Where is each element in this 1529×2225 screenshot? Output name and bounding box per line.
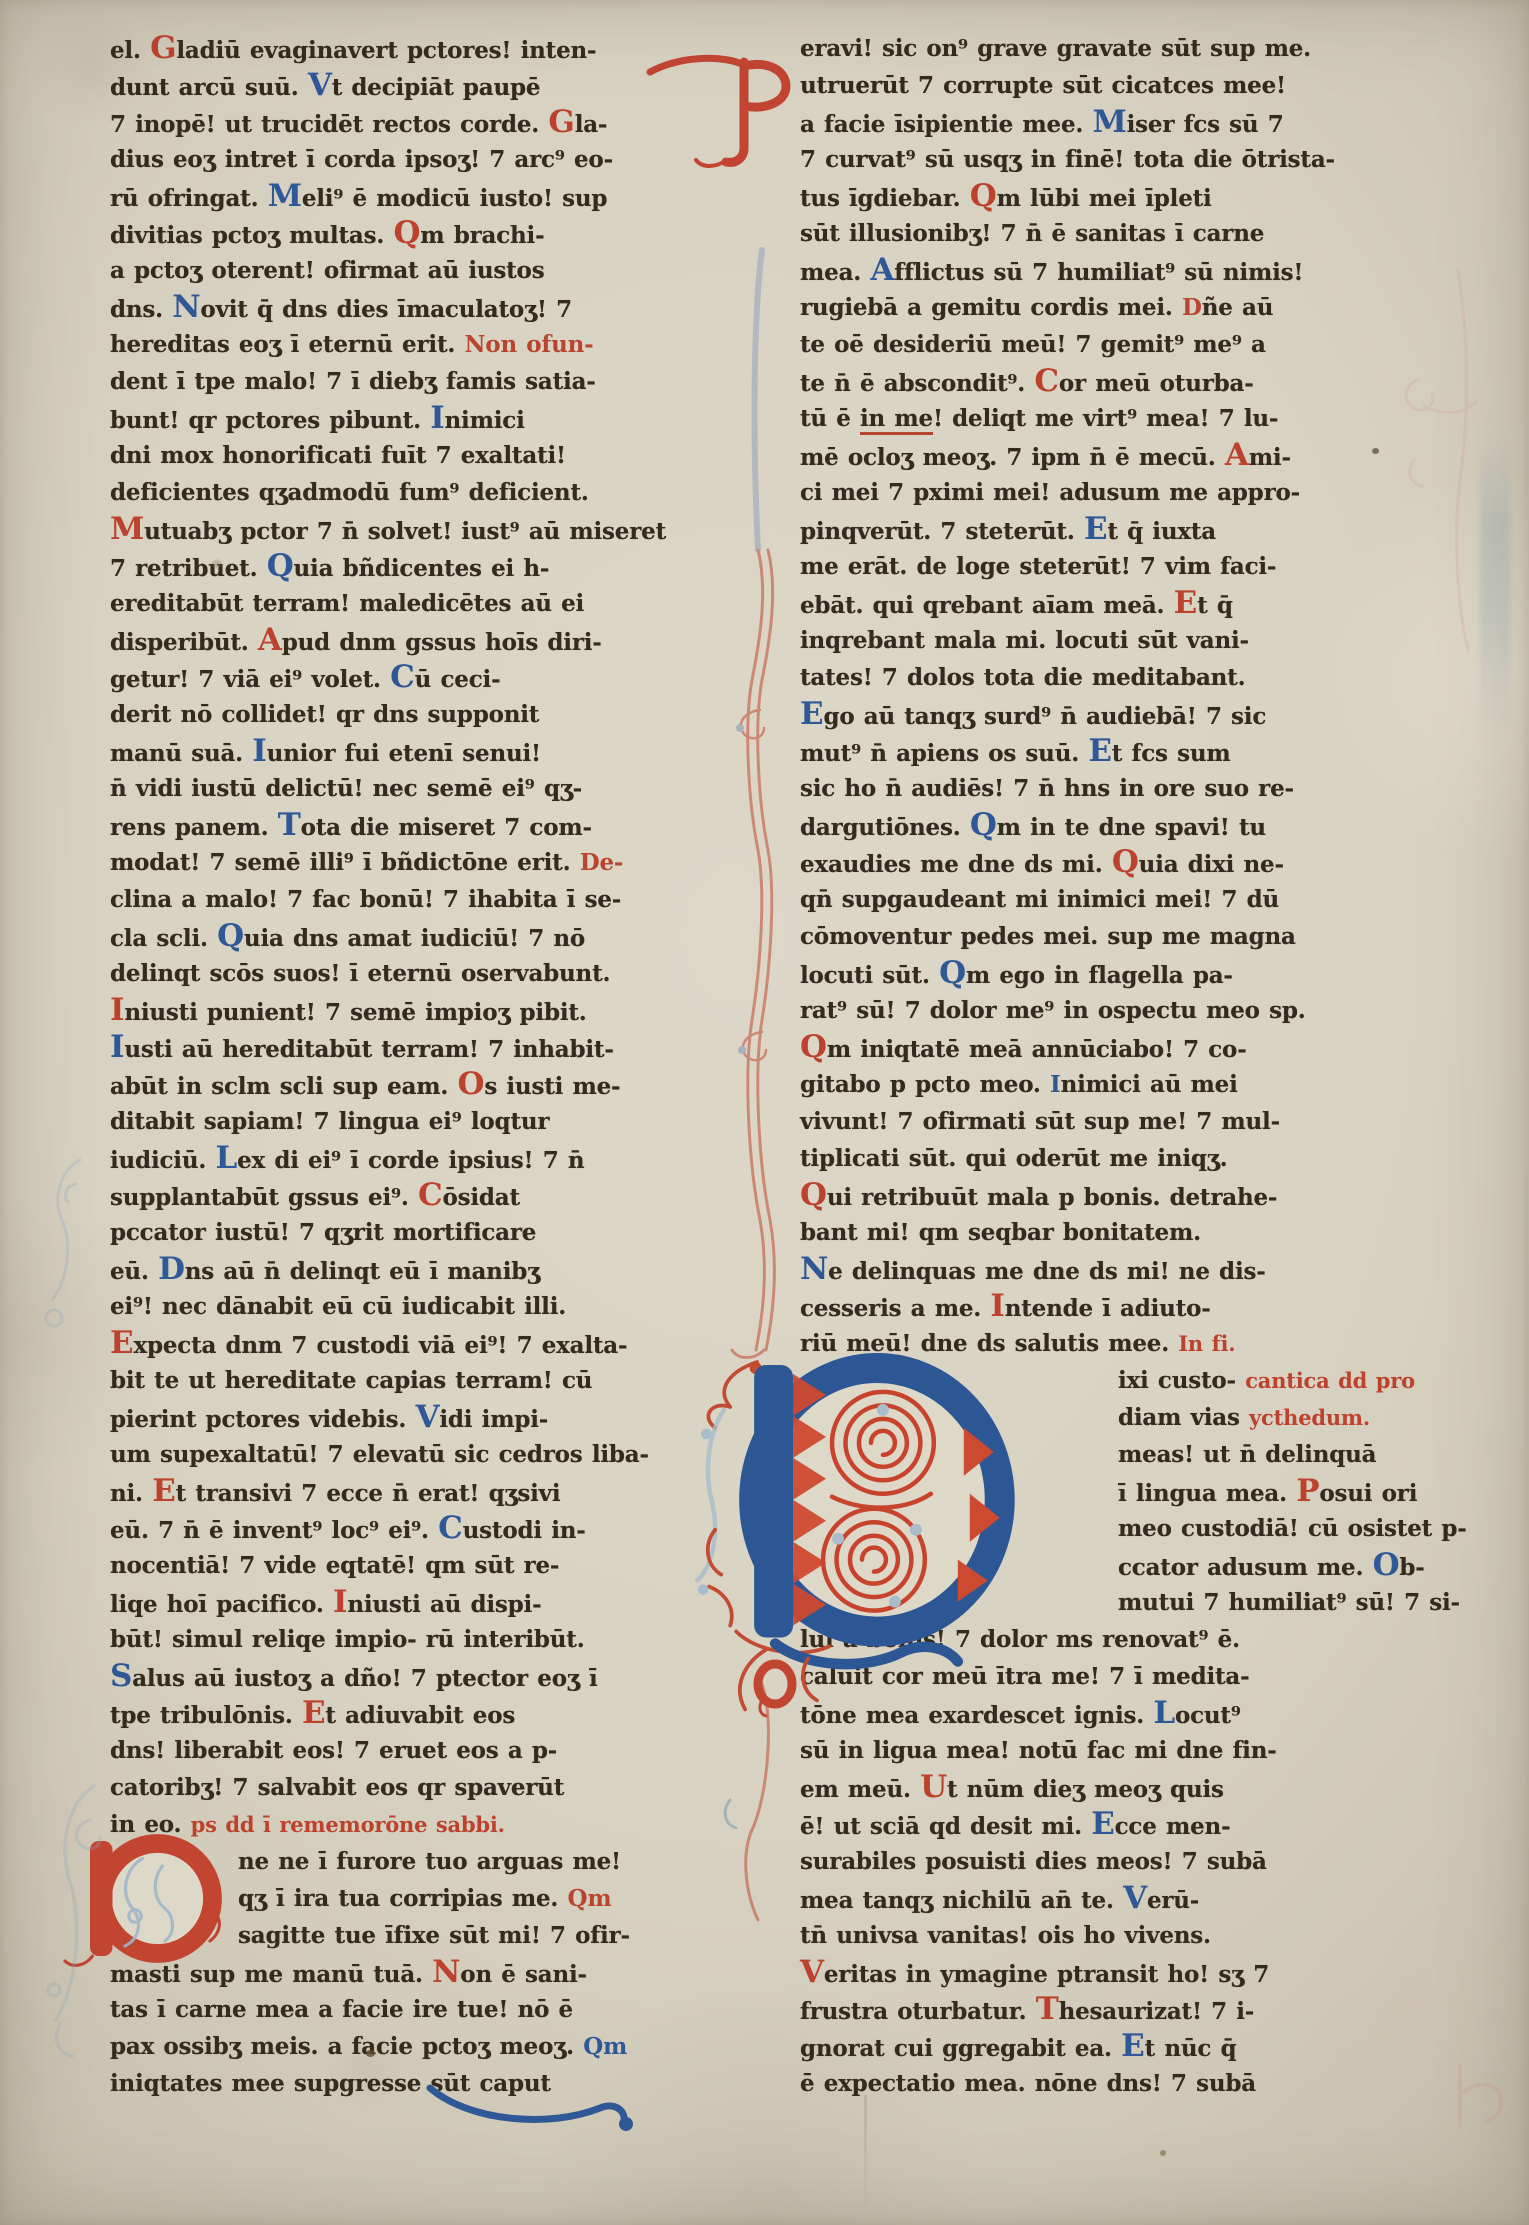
versal-initial: Q bbox=[393, 215, 420, 251]
text-segment: bit te ut hereditate capias terram! cū bbox=[110, 1367, 592, 1394]
text-segment: eritas in ymagine ptransit ho! sʒ 7 bbox=[824, 1961, 1269, 1988]
text-segment: niusti punient! 7 semē impioʒ pibit. bbox=[124, 999, 586, 1026]
text-line: exaudies me dne ds mi. Quia dixi ne- bbox=[800, 844, 1415, 881]
text-line: dni mox honorificati fuīt 7 exaltati! bbox=[110, 437, 710, 474]
text-line: Mutuabʒ pctor 7 n̄ solvet! iust⁹ aū mise… bbox=[110, 511, 710, 548]
versal-initial: V bbox=[1123, 1880, 1147, 1916]
text-segment: t q̄ iuxta bbox=[1107, 518, 1216, 545]
text-segment: ustodi in- bbox=[463, 1517, 586, 1544]
versal-initial: G bbox=[548, 104, 574, 140]
text-line: tas ī carne mea a facie ire tue! nō ē bbox=[110, 1991, 710, 2028]
versal-initial: I bbox=[990, 1288, 1004, 1324]
text-line: ebāt. qui qrebant aīam meā. Et q̄ bbox=[800, 585, 1415, 622]
text-segment: pinqverūt. 7 steterūt. bbox=[800, 518, 1084, 545]
text-line: dunt arcū suū. Vt decipiāt paupē bbox=[110, 67, 710, 104]
text-line: catoribʒ! 7 salvabit eos qr spaverūt bbox=[110, 1769, 710, 1806]
text-line: a facie īsipientie mee. Miser fcs sū 7 bbox=[800, 104, 1415, 141]
text-segment: bunt! qr pctores pibunt. bbox=[110, 407, 430, 434]
text-line: mē ocloʒ meoʒ. 7 ipm n̄ ē mecū. Ami- bbox=[800, 437, 1415, 474]
text-segment: deficientes qʒadmodū fum⁹ deficient. bbox=[110, 479, 589, 506]
versal-initial: T bbox=[1036, 1991, 1059, 2027]
text-segment: iser fcs sū 7 bbox=[1127, 111, 1284, 138]
text-segment: utuabʒ pctor 7 n̄ solvet! iust⁹ aū miser… bbox=[144, 518, 666, 545]
text-line: Ne delinquas me dne ds mi! ne dis- bbox=[800, 1251, 1415, 1288]
text-segment: vivunt! 7 ofirmati sūt sup me! 7 mul- bbox=[800, 1108, 1280, 1135]
margin-filigree-left-upper bbox=[30, 1150, 110, 1350]
text-line: bit te ut hereditate capias terram! cū bbox=[110, 1362, 710, 1399]
text-segment: pierint pctores videbis. bbox=[110, 1406, 416, 1433]
text-segment: gnorat cui ggregabit ea. bbox=[800, 2035, 1121, 2062]
text-line: tn̄ univsa vanitas! ois ho vivens. bbox=[800, 1917, 1415, 1954]
text-line: me erāt. de loge steterūt! 7 vim faci- bbox=[800, 548, 1415, 585]
text-segment: eū. 7 n̄ ē invent⁹ loc⁹ ei⁹. bbox=[110, 1517, 438, 1544]
text-segment: abūt in sclm scli sup eam. bbox=[110, 1073, 458, 1100]
text-segment: t transivi 7 ecce n̄ erat! qʒsivi bbox=[176, 1480, 561, 1507]
text-segment: Qm bbox=[583, 2033, 627, 2060]
text-segment: ixi custo- bbox=[1118, 1367, 1245, 1394]
text-line: hereditas eoʒ ī eternū erit. Non ofun- bbox=[110, 326, 710, 363]
text-line: rū ofringat. Meli⁹ ē modicū iusto! sup bbox=[110, 178, 710, 215]
text-line: rens panem. Tota die miseret 7 com- bbox=[110, 807, 710, 844]
text-segment: 7 retribuet. bbox=[110, 555, 267, 582]
text-segment: me erāt. de loge steterūt! 7 vim faci- bbox=[800, 553, 1276, 580]
text-segment: būt! simul reliqe impio- rū interibūt. bbox=[110, 1626, 585, 1653]
text-line: dargutiōnes. Qm in te dne spavi! tu bbox=[800, 807, 1415, 844]
text-line: pierint pctores videbis. Vidi impi- bbox=[110, 1399, 710, 1436]
text-line: eū. 7 n̄ ē invent⁹ loc⁹ ei⁹. Custodi in- bbox=[110, 1510, 710, 1547]
text-segment: pccator iustū! 7 qʒrit mortificare bbox=[110, 1219, 536, 1246]
versal-initial: A bbox=[258, 622, 282, 658]
text-segment: pax ossibʒ meis. a facie pctoʒ meoʒ. bbox=[110, 2033, 583, 2060]
text-line: tōne mea exardescet ignis. Locut⁹ bbox=[800, 1695, 1415, 1732]
text-line: sic ho n̄ audiēs! 7 n̄ hns in ore suo re… bbox=[800, 770, 1415, 807]
text-segment: sūt illusionibʒ! 7 n̄ ē sanitas ī carne bbox=[800, 220, 1264, 247]
text-segment: iudiciū. bbox=[110, 1147, 215, 1174]
text-segment: ni. bbox=[110, 1480, 152, 1507]
versal-initial: E bbox=[1088, 733, 1111, 769]
text-segment: cla scli. bbox=[110, 925, 217, 952]
text-segment: rat⁹ sū! 7 dolor me⁹ in ospectu meo sp. bbox=[800, 997, 1306, 1024]
text-segment: t nūm dieʒ meoʒ quis bbox=[947, 1776, 1224, 1803]
text-segment: la- bbox=[575, 111, 608, 138]
text-segment: tōne mea exardescet ignis. bbox=[800, 1702, 1153, 1729]
rubric-text: cantica dd pro bbox=[1245, 1368, 1415, 1393]
text-line: deficientes qʒadmodū fum⁹ deficient. bbox=[110, 474, 710, 511]
blue-q-tail-swash bbox=[420, 2078, 640, 2138]
text-segment: osui ori bbox=[1319, 1480, 1417, 1507]
text-line: utruerūt 7 corrupte sūt cicatces mee! bbox=[800, 67, 1415, 104]
text-segment: ! deliqt me virt⁹ mea! 7 lu- bbox=[933, 405, 1278, 432]
text-segment: ui retribuūt mala p bonis. detrahe- bbox=[827, 1184, 1277, 1211]
text-segment: nocentiā! 7 vide eqtatē! qm sūt re- bbox=[110, 1552, 559, 1579]
text-segment: hesaurizat! 7 i- bbox=[1059, 1998, 1255, 2025]
versal-initial: E bbox=[1121, 2028, 1144, 2064]
text-segment: meo custodiā! cū osistet p- bbox=[1118, 1515, 1467, 1542]
rubric-text: ycthedum. bbox=[1249, 1405, 1370, 1430]
text-segment: ci mei 7 pximi mei! adusum me appro- bbox=[800, 479, 1300, 506]
text-segment: ota die miseret 7 com- bbox=[301, 814, 592, 841]
text-segment: 7 curvat⁹ sū usqʒ in finē! tota die ōtri… bbox=[800, 146, 1335, 173]
text-segment: dni mox honorificati fuīt 7 exaltati! bbox=[110, 442, 566, 469]
versal-initial: N bbox=[172, 289, 200, 325]
text-line: Qm iniqtatē meā annūciabo! 7 co- bbox=[800, 1029, 1415, 1066]
text-segment: meas! ut n̄ delinquā bbox=[1118, 1441, 1376, 1468]
text-line: inqrebant mala mi. locuti sūt vani- bbox=[800, 622, 1415, 659]
text-segment: dns! liberabit eos! 7 eruet eos a p- bbox=[110, 1737, 557, 1764]
text-line: dius eoʒ intret ī corda ipsoʒ! 7 arc⁹ eo… bbox=[110, 141, 710, 178]
text-segment: Qm bbox=[568, 1885, 612, 1912]
text-line: ni. Et transivi 7 ecce n̄ erat! qʒsivi bbox=[110, 1473, 710, 1510]
text-segment: ereditabūt terram! maledicētes aū ei bbox=[110, 590, 584, 617]
stain-speck bbox=[212, 560, 222, 568]
text-segment: alus aū iustoʒ a dño! 7 ptector eoʒ ī bbox=[132, 1665, 597, 1692]
text-segment: mut⁹ n̄ apiens os suū. bbox=[800, 740, 1088, 767]
versal-initial: V bbox=[308, 67, 332, 103]
text-segment: tus īgdiebar. bbox=[800, 185, 970, 212]
text-segment: getur! 7 viā ei⁹ volet. bbox=[110, 666, 390, 693]
text-segment: diam vias bbox=[1118, 1404, 1249, 1431]
versal-initial: E bbox=[302, 1695, 325, 1731]
versal-initial: L bbox=[1153, 1695, 1175, 1731]
text-line: delinqt scōs suos! ī eternū oservabunt. bbox=[110, 955, 710, 992]
versal-initial: I bbox=[110, 1029, 124, 1065]
text-segment: ex di ei⁹ ī corde ipsius! 7 n̄ bbox=[237, 1147, 584, 1174]
text-segment: hereditas eoʒ ī eternū erit. bbox=[110, 331, 464, 358]
text-line: divitias pctoʒ multas. Qm brachi- bbox=[110, 215, 710, 252]
text-line: el. Gladiū evaginavert pctores! inten- bbox=[110, 30, 710, 67]
text-segment: idi impi- bbox=[439, 1406, 548, 1433]
text-segment: tas ī carne mea a facie ire tue! nō ē bbox=[110, 1996, 573, 2023]
text-segment: gitabo p pcto meo. bbox=[800, 1071, 1050, 1098]
versal-initial: G bbox=[150, 30, 176, 66]
text-line: tpe tribulōnis. Et adiuvabit eos bbox=[110, 1695, 710, 1732]
text-segment: t decipiāt paupē bbox=[332, 74, 541, 101]
text-segment: sagitte tue īfixe sūt mi! 7 ofir- bbox=[238, 1922, 630, 1949]
text-segment: ccator adusum me. bbox=[1118, 1554, 1373, 1581]
text-line: manū suā. Iunior fui etenī senui! bbox=[110, 733, 710, 770]
text-segment: qʒ ī ira tua corripias me. bbox=[238, 1885, 568, 1912]
margin-filigree-left-lower bbox=[34, 1780, 134, 2070]
stain-speck bbox=[1372, 448, 1379, 454]
text-segment: a facie īsipientie mee. bbox=[800, 111, 1093, 138]
text-line: ē! ut sciā qd desit mi. Ecce men- bbox=[800, 1806, 1415, 1843]
versal-initial: M bbox=[110, 511, 144, 547]
text-segment: m iniqtatē meā annūciabo! 7 co- bbox=[827, 1036, 1247, 1063]
text-segment: t adiuvabit eos bbox=[325, 1702, 515, 1729]
text-segment: m brachi- bbox=[420, 222, 544, 249]
text-segment: inqrebant mala mi. locuti sūt vani- bbox=[800, 627, 1249, 654]
text-segment: ovit q̄ dns dies īmaculatoʒ! 7 bbox=[200, 296, 572, 323]
text-segment: dius eoʒ intret ī corda ipsoʒ! 7 arc⁹ eo… bbox=[110, 146, 613, 173]
versal-initial: I bbox=[252, 733, 266, 769]
text-segment: mē ocloʒ meoʒ. 7 ipm n̄ ē mecū. bbox=[800, 444, 1225, 471]
text-line: Salus aū iustoʒ a dño! 7 ptector eoʒ ī bbox=[110, 1658, 710, 1695]
text-segment: mi- bbox=[1249, 444, 1291, 471]
text-line: frustra oturbatur. Thesaurizat! 7 i- bbox=[800, 1991, 1415, 2028]
text-segment: derit nō collidet! qr dns supponit bbox=[110, 701, 539, 728]
text-segment: e delinquas me dne ds mi! ne dis- bbox=[828, 1258, 1265, 1285]
text-line: mea tanqʒ nichilū an̄ te. Verū- bbox=[800, 1880, 1415, 1917]
text-line: cesseris a me. Intende ī adiuto- bbox=[800, 1288, 1415, 1325]
margin-showthrough-right-lower bbox=[1440, 2055, 1520, 2135]
text-line: derit nō collidet! qr dns supponit bbox=[110, 696, 710, 733]
text-segment: ei⁹! nec dānabit eū cū iudicabit illi. bbox=[110, 1293, 566, 1320]
text-segment: em meū. bbox=[800, 1776, 920, 1803]
text-line: ē expectatio mea. nōne dns! 7 subā bbox=[800, 2065, 1415, 2102]
text-segment: ū ceci- bbox=[415, 666, 501, 693]
text-line: mea. Afflictus sū 7 humiliat⁹ sū nimis! bbox=[800, 252, 1415, 289]
text-segment: in me bbox=[860, 405, 933, 435]
text-segment: usti aū hereditabūt terram! 7 inhabit- bbox=[124, 1036, 613, 1063]
text-segment: a pctoʒ oterent! ofirmat aū iustos bbox=[110, 257, 544, 284]
versal-initial: O bbox=[1373, 1547, 1400, 1583]
text-segment: cōmoventur pedes mei. sup me magna bbox=[800, 923, 1296, 950]
text-line: 7 retribuet. Quia bñdicentes ei h- bbox=[110, 548, 710, 585]
text-line: pccator iustū! 7 qʒrit mortificare bbox=[110, 1214, 710, 1251]
text-segment: dargutiōnes. bbox=[800, 814, 970, 841]
versal-initial: N bbox=[432, 1954, 460, 1990]
text-segment: pud dnm gssus hoīs diri- bbox=[282, 629, 602, 656]
text-line: eū. Dns aū n̄ delinqt eū ī manibʒ bbox=[110, 1251, 710, 1288]
text-segment: dunt arcū suū. bbox=[110, 74, 308, 101]
versal-initial: D bbox=[158, 1251, 185, 1287]
text-line: Iniusti punient! 7 semē impioʒ pibit. bbox=[110, 992, 710, 1029]
stain-speck bbox=[1160, 2150, 1166, 2156]
text-line: ci mei 7 pximi mei! adusum me appro- bbox=[800, 474, 1415, 511]
text-segment: ntende ī adiuto- bbox=[1005, 1295, 1211, 1322]
text-line: te n̄ ē abscondit⁹. Cor meū oturba- bbox=[800, 363, 1415, 400]
text-line: iudiciū. Lex di ei⁹ ī corde ipsius! 7 n̄ bbox=[110, 1140, 710, 1177]
text-segment: dent ī tpe malo! 7 ī diebʒ famis satia- bbox=[110, 368, 596, 395]
text-segment: el. bbox=[110, 37, 150, 64]
versal-initial: V bbox=[416, 1399, 440, 1435]
text-segment: D bbox=[1182, 294, 1202, 321]
versal-initial: E bbox=[1091, 1806, 1114, 1842]
versal-initial: Q bbox=[217, 918, 244, 954]
text-line: gnorat cui ggregabit ea. Et nūc q̄ bbox=[800, 2028, 1415, 2065]
text-segment: or meū oturba- bbox=[1059, 370, 1254, 397]
text-line: ereditabūt terram! maledicētes aū ei bbox=[110, 585, 710, 622]
text-segment: frustra oturbatur. bbox=[800, 1998, 1036, 2025]
text-segment: unior fui etenī senui! bbox=[267, 740, 541, 767]
versal-initial: Q bbox=[939, 955, 966, 991]
versal-initial: A bbox=[870, 252, 894, 288]
text-line: ditabit sapiam! 7 lingua ei⁹ loqtur bbox=[110, 1103, 710, 1140]
versal-initial: V bbox=[800, 1954, 824, 1990]
text-line: liqe hoī pacifico. Iniusti aū dispi- bbox=[110, 1584, 710, 1621]
text-segment: uia dns amat iudiciū! 7 nō bbox=[244, 925, 585, 952]
text-line: rugiebā a gemitu cordis mei. Dñe aū bbox=[800, 289, 1415, 326]
versal-initial: M bbox=[1093, 104, 1127, 140]
text-line: rat⁹ sū! 7 dolor me⁹ in ospectu meo sp. bbox=[800, 992, 1415, 1029]
text-segment: dns. bbox=[110, 296, 172, 323]
versal-initial: T bbox=[278, 807, 301, 843]
text-segment: mutui 7 humiliat⁹ sū! 7 si- bbox=[1118, 1589, 1460, 1616]
text-segment: masti sup me manū tuā. bbox=[110, 1961, 432, 1988]
right-edge-streak bbox=[1480, 430, 1510, 740]
gutter-flourish bbox=[690, 240, 810, 1930]
text-segment: delinqt scōs suos! ī eternū oservabunt. bbox=[110, 960, 610, 987]
text-segment: tpe tribulōnis. bbox=[110, 1702, 302, 1729]
text-segment: tiplicati sūt. qui oderūt me iniqʒ. bbox=[800, 1145, 1227, 1172]
text-segment: clina a malo! 7 fac bonū! 7 ihabita ī se… bbox=[110, 886, 621, 913]
text-segment: sic ho n̄ audiēs! 7 n̄ hns in ore suo re… bbox=[800, 775, 1294, 802]
text-segment: tates! 7 dolos tota die meditabant. bbox=[800, 664, 1245, 691]
versal-initial: U bbox=[920, 1769, 947, 1805]
text-segment: t nūc q̄ bbox=[1145, 2035, 1237, 2062]
text-line: em meū. Ut nūm dieʒ meoʒ quis bbox=[800, 1769, 1415, 1806]
text-segment: erū- bbox=[1147, 1887, 1199, 1914]
text-line: cla scli. Quia dns amat iudiciū! 7 nō bbox=[110, 918, 710, 955]
text-segment: s iusti me- bbox=[484, 1073, 620, 1100]
text-line: locuti sūt. Qm ego in flagella pa- bbox=[800, 955, 1415, 992]
text-segment: supplantabūt gssus ei⁹. bbox=[110, 1184, 418, 1211]
text-segment: on ē sani- bbox=[460, 1961, 587, 1988]
text-segment: tn̄ univsa vanitas! ois ho vivens. bbox=[800, 1922, 1211, 1949]
text-segment: De- bbox=[580, 849, 624, 876]
text-line: abūt in sclm scli sup eam. Os iusti me- bbox=[110, 1066, 710, 1103]
text-segment: xpecta dnm 7 custodi viā ei⁹! 7 exalta- bbox=[133, 1332, 627, 1359]
versal-initial: L bbox=[215, 1140, 237, 1176]
text-segment: m ego in flagella pa- bbox=[966, 962, 1233, 989]
text-segment: eravi! sic on⁹ grave gravate sūt sup me. bbox=[800, 35, 1311, 62]
text-segment: n̄ vidi iustū delictū! nec semē ei⁹ qʒ- bbox=[110, 775, 582, 802]
text-line: 7 curvat⁹ sū usqʒ in finē! tota die ōtri… bbox=[800, 141, 1415, 178]
text-segment: cesseris a me. bbox=[800, 1295, 990, 1322]
text-segment: go aū tanqʒ surd⁹ n̄ audiebā! 7 sic bbox=[823, 703, 1266, 730]
text-segment: uia bñdicentes ei h- bbox=[294, 555, 550, 582]
text-line: dns! liberabit eos! 7 eruet eos a p- bbox=[110, 1732, 710, 1769]
text-segment: fflictus sū 7 humiliat⁹ sū nimis! bbox=[894, 259, 1303, 286]
versal-initial: O bbox=[458, 1066, 485, 1102]
text-line: mut⁹ n̄ apiens os suū. Et fcs sum bbox=[800, 733, 1415, 770]
text-line: tates! 7 dolos tota die meditabant. bbox=[800, 659, 1415, 696]
text-segment: b- bbox=[1399, 1554, 1424, 1581]
text-segment: 7 inopē! ut trucidēt rectos corde. bbox=[110, 111, 548, 138]
text-segment: te oē desideriū meū! 7 gemit⁹ me⁹ a bbox=[800, 331, 1266, 358]
text-segment: ñe aū bbox=[1202, 294, 1274, 321]
versal-initial: P bbox=[1296, 1473, 1319, 1509]
text-segment: ns aū n̄ delinqt eū ī manibʒ bbox=[185, 1258, 540, 1285]
text-segment: rū ofringat. bbox=[110, 185, 268, 212]
text-line: surabiles posuisti dies meos! 7 subā bbox=[800, 1843, 1415, 1880]
text-segment: catoribʒ! 7 salvabit eos qr spaverūt bbox=[110, 1774, 564, 1801]
text-line: Veritas in ymagine ptransit ho! sʒ 7 bbox=[800, 1954, 1415, 1991]
versal-initial: E bbox=[152, 1473, 175, 1509]
text-line: gitabo p pcto meo. Inimici aū mei bbox=[800, 1066, 1415, 1103]
text-segment: ladiū evaginavert pctores! inten- bbox=[176, 37, 596, 64]
initial-p-margin bbox=[640, 40, 810, 170]
text-line: sūt illusionibʒ! 7 n̄ ē sanitas ī carne bbox=[800, 215, 1415, 252]
rubric-text: ps dd ī rememorōne sabbi. bbox=[191, 1812, 505, 1837]
right-text-column: eravi! sic on⁹ grave gravate sūt sup me.… bbox=[800, 30, 1415, 2102]
manuscript-leaf: el. Gladiū evaginavert pctores! inten-du… bbox=[0, 0, 1529, 2225]
text-segment: disperibūt. bbox=[110, 629, 258, 656]
text-segment: t q̄ bbox=[1197, 592, 1233, 619]
text-line: um supexaltatū! 7 elevatū sic cedros lib… bbox=[110, 1436, 710, 1473]
text-segment: ebāt. qui qrebant aīam meā. bbox=[800, 592, 1174, 619]
versal-initial: E bbox=[1084, 511, 1107, 547]
text-line: modat! 7 semē illi⁹ ī bñdictōne erit. De… bbox=[110, 844, 710, 881]
text-segment: locuti sūt. bbox=[800, 962, 939, 989]
text-segment: liqe hoī pacifico. bbox=[110, 1591, 333, 1618]
text-line: tiplicati sūt. qui oderūt me iniqʒ. bbox=[800, 1140, 1415, 1177]
text-line: dent ī tpe malo! 7 ī diebʒ famis satia- bbox=[110, 363, 710, 400]
versal-initial: A bbox=[1225, 437, 1249, 473]
text-segment: ī lingua mea. bbox=[1118, 1480, 1296, 1507]
text-segment: ocut⁹ bbox=[1175, 1702, 1241, 1729]
text-segment: modat! 7 semē illi⁹ ī bñdictōne erit. bbox=[110, 849, 580, 876]
versal-initial: E bbox=[110, 1325, 133, 1361]
text-segment: manū suā. bbox=[110, 740, 252, 767]
text-line: Ego aū tanqʒ surd⁹ n̄ audiebā! 7 sic bbox=[800, 696, 1415, 733]
text-line: disperibūt. Apud dnm gssus hoīs diri- bbox=[110, 622, 710, 659]
text-line: bunt! qr pctores pibunt. Inimici bbox=[110, 400, 710, 437]
text-line: cōmoventur pedes mei. sup me magna bbox=[800, 918, 1415, 955]
text-segment: I bbox=[1050, 1071, 1061, 1098]
text-segment: nimici aū mei bbox=[1061, 1071, 1238, 1098]
text-segment: rens panem. bbox=[110, 814, 278, 841]
versal-initial: C bbox=[418, 1177, 442, 1213]
text-segment: mea tanqʒ nichilū an̄ te. bbox=[800, 1887, 1123, 1914]
text-segment: Non ofun- bbox=[464, 331, 593, 358]
text-line: caluit cor meū ītra me! 7 ī medita- bbox=[800, 1658, 1415, 1695]
text-segment: niusti aū dispi- bbox=[347, 1591, 541, 1618]
text-segment: nimici bbox=[445, 407, 525, 434]
stain-speck bbox=[366, 2050, 375, 2057]
text-line: nocentiā! 7 vide eqtatē! qm sūt re- bbox=[110, 1547, 710, 1584]
text-line: getur! 7 viā ei⁹ volet. Cū ceci- bbox=[110, 659, 710, 696]
text-segment: exaudies me dne ds mi. bbox=[800, 851, 1112, 878]
text-line: pinqverūt. 7 steterūt. Et q̄ iuxta bbox=[800, 511, 1415, 548]
text-segment: m in te dne spavi! tu bbox=[997, 814, 1266, 841]
text-segment: ne ne ī furore tuo arguas me! bbox=[238, 1848, 621, 1875]
text-segment: qn̄ supgaudeant mi inimici mei! 7 dū bbox=[800, 886, 1279, 913]
text-line: Expecta dnm 7 custodi viā ei⁹! 7 exalta- bbox=[110, 1325, 710, 1362]
text-line: būt! simul reliqe impio- rū interibūt. bbox=[110, 1621, 710, 1658]
text-line: a pctoʒ oterent! ofirmat aū iustos bbox=[110, 252, 710, 289]
text-line: te oē desideriū meū! 7 gemit⁹ me⁹ a bbox=[800, 326, 1415, 363]
versal-initial: E bbox=[1174, 585, 1197, 621]
versal-initial: M bbox=[268, 178, 302, 214]
left-text-column: el. Gladiū evaginavert pctores! inten-du… bbox=[110, 30, 710, 2102]
versal-initial: I bbox=[333, 1584, 347, 1620]
text-segment: um supexaltatū! 7 elevatū sic cedros lib… bbox=[110, 1441, 649, 1468]
text-segment: ōsidat bbox=[442, 1184, 519, 1211]
versal-initial: C bbox=[1034, 363, 1058, 399]
text-line: ei⁹! nec dānabit eū cū iudicabit illi. bbox=[110, 1288, 710, 1325]
versal-initial: C bbox=[390, 659, 414, 695]
text-line: n̄ vidi iustū delictū! nec semē ei⁹ qʒ- bbox=[110, 770, 710, 807]
text-segment: sū in ligua mea! notū fac mi dne fin- bbox=[800, 1737, 1277, 1764]
versal-initial: C bbox=[438, 1510, 462, 1546]
text-segment: surabiles posuisti dies meos! 7 subā bbox=[800, 1848, 1267, 1875]
text-line: eravi! sic on⁹ grave gravate sūt sup me. bbox=[800, 30, 1415, 67]
text-line: sū in ligua mea! notū fac mi dne fin- bbox=[800, 1732, 1415, 1769]
text-segment: utruerūt 7 corrupte sūt cicatces mee! bbox=[800, 72, 1286, 99]
text-segment: t fcs sum bbox=[1112, 740, 1231, 767]
text-line: tus īgdiebar. Qm lūbi mei īpleti bbox=[800, 178, 1415, 215]
text-segment: eū. bbox=[110, 1258, 158, 1285]
versal-initial: Q bbox=[267, 548, 294, 584]
text-segment: bant mi! qm seqbar bonitatem. bbox=[800, 1219, 1201, 1246]
text-line: qn̄ supgaudeant mi inimici mei! 7 dū bbox=[800, 881, 1415, 918]
versal-initial: S bbox=[110, 1658, 132, 1694]
versal-initial: Q bbox=[1112, 844, 1139, 880]
text-segment: ē expectatio mea. nōne dns! 7 subā bbox=[800, 2070, 1256, 2097]
text-segment: te n̄ ē abscondit⁹. bbox=[800, 370, 1034, 397]
text-line: bant mi! qm seqbar bonitatem. bbox=[800, 1214, 1415, 1251]
